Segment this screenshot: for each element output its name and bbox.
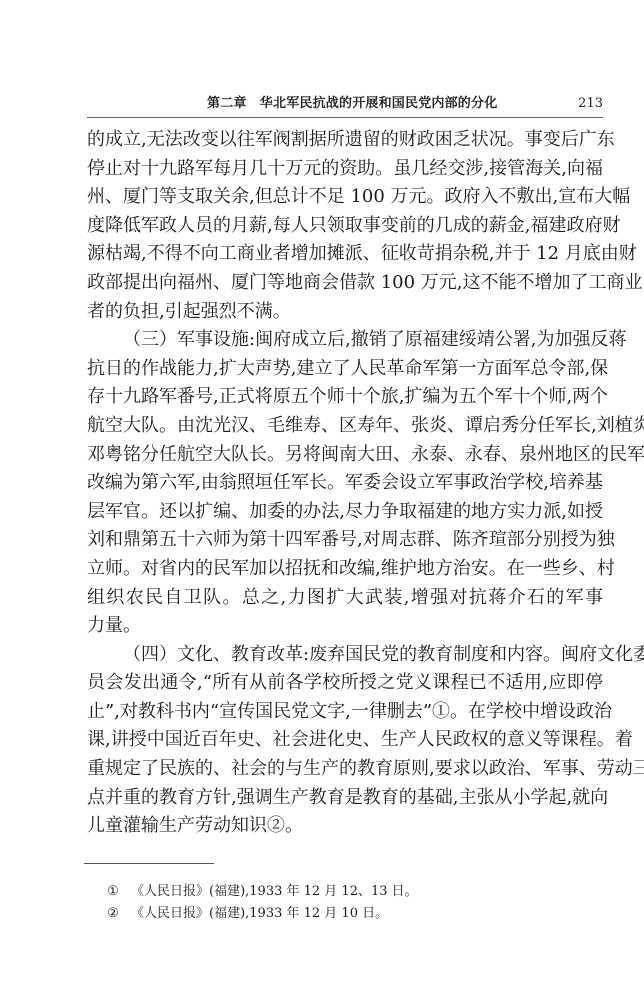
footnote-text: 《人民日报》(福建),1933 年 12 月 12、13 日。 [131,881,418,903]
text-line: 立师。对省内的民军加以招抚和改编,维护地方治安。在一些乡、村 [87,555,603,584]
text-line: 者的负担,引起强烈不满。 [87,298,603,327]
footnote-item: ② 《人民日报》(福建),1933 年 12 月 10 日。 [105,903,585,925]
header-rule [87,117,603,118]
text-line: 邓粤铭分任航空大队长。另将闽南大田、永泰、永春、泉州地区的民军 [87,441,603,470]
text-line: 刘和鼎第五十六师为第十四军番号,对周志群、陈齐瑄部分别授为独 [87,526,603,555]
footnote-rule [84,863,214,864]
footnotes: ① 《人民日报》(福建),1933 年 12 月 12、13 日。 ② 《人民日… [105,881,585,925]
text-line: 航空大队。由沈光汉、毛维寿、区寿年、张炎、谭启秀分任军长,刘植炎、 [87,412,603,441]
text-line: 州、厦门等支取关余,但总计不足 100 万元。政府入不敷出,宣布大幅 [87,183,603,212]
text-line: 员会发出通令,“所有从前各学校所授之党义课程已不适用,应即停 [87,669,603,698]
footnote-text: 《人民日报》(福建),1933 年 12 月 10 日。 [131,903,388,925]
text-line: 的成立,无法改变以往军阀割据所遗留的财政困乏状况。事变后广东 [87,126,603,155]
paragraph-start-line: （三）军事设施:闽府成立后,撤销了原福建绥靖公署,为加强反蒋 [87,326,603,355]
text-line: 层军官。还以扩编、加委的办法,尽力争取福建的地方实力派,如授 [87,498,603,527]
text-line: 组织农民自卫队。总之,力图扩大武装,增强对抗蒋介石的军事 [87,584,603,613]
running-header: 第二章 华北军民抗战的开展和国民党内部的分化 213 [87,93,603,115]
footnote-item: ① 《人民日报》(福建),1933 年 12 月 12、13 日。 [105,881,585,903]
text-line: 重规定了民族的、社会的与生产的教育原则,要求以政治、军事、劳动三 [87,755,603,784]
text-line: 存十九路军番号,正式将原五个师十个旅,扩编为五个军十个师,两个 [87,383,603,412]
text-line: 源枯竭,不得不向工商业者增加摊派、征收苛捐杂税,并于 12 月底由财 [87,240,603,269]
text-line: 政部提出向福州、厦门等地商会借款 100 万元,这不能不增加了工商业 [87,269,603,298]
chapter-title: 第二章 华北军民抗战的开展和国民党内部的分化 [207,93,497,115]
text-line: 点并重的教育方针,强调生产教育是教育的基础,主张从小学起,就向 [87,784,603,813]
paragraph-start-line: （四）文化、教育改革:废弃国民党的教育制度和内容。闽府文化委 [87,641,603,670]
text-line: 力量。 [87,612,603,641]
page-number: 213 [578,93,603,115]
text-line: 止”,对教科书内“宣传国民党文字,一律删去”①。在学校中增设政治 [87,698,603,727]
text-line: 停止对十九路军每月几十万元的资助。虽几经交涉,接管海关,向福 [87,155,603,184]
body-text: 的成立,无法改变以往军阀割据所遗留的财政困乏状况。事变后广东 停止对十九路军每月… [87,126,603,841]
text-line: 度降低军政人员的月薪,每人只领取事变前的几成的薪金,福建政府财 [87,212,603,241]
text-line: 抗日的作战能力,扩大声势,建立了人民革命军第一方面军总令部,保 [87,355,603,384]
text-line: 改编为第六军,由翁照垣任军长。军委会设立军事政治学校,培养基 [87,469,603,498]
footnote-marker: ① [105,881,121,903]
footnote-marker: ② [105,903,121,925]
text-line: 儿童灌输生产劳动知识②。 [87,812,603,841]
text-line: 课,讲授中国近百年史、社会进化史、生产人民政权的意义等课程。着 [87,726,603,755]
